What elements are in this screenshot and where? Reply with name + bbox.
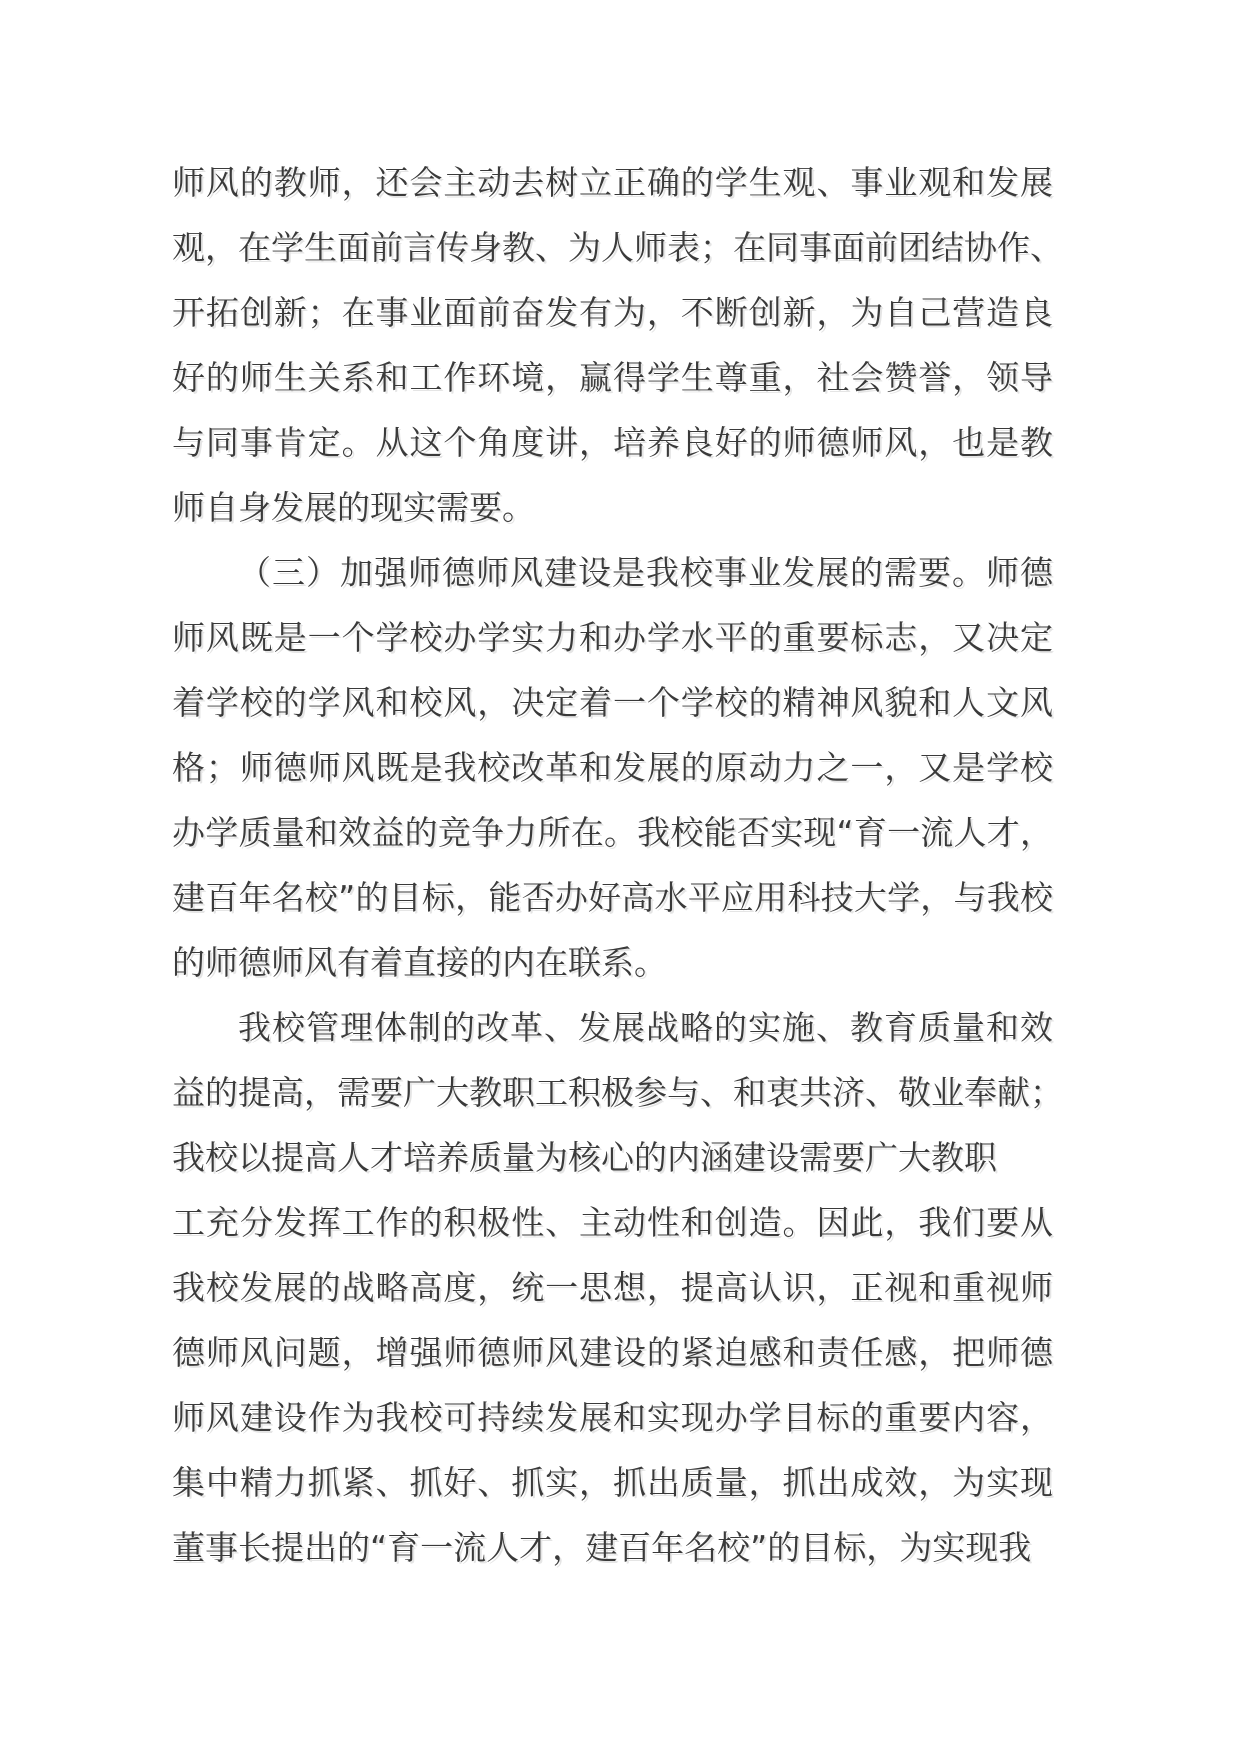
text-line: 我校管理体制的改革、发展战略的实施、教育质量和效 (172, 995, 1053, 1060)
text-line: 的师德师风有着直接的内在联系。 (172, 930, 1053, 995)
text-line: （三）加强师德师风建设是我校事业发展的需要。师德 (172, 540, 1053, 605)
text-line: 我校发展的战略高度，统一思想，提高认识，正视和重视师 (172, 1255, 1053, 1320)
paragraph-section-three: （三）加强师德师风建设是我校事业发展的需要。师德 师风既是一个学校办学实力和办学… (172, 540, 1053, 995)
paragraph-school-reform: 我校管理体制的改革、发展战略的实施、教育质量和效 益的提高，需要广大教职工积极参… (172, 995, 1053, 1580)
text-line: 观，在学生面前言传身教、为人师表；在同事面前团结协作、 (172, 215, 1053, 280)
text-line: 工充分发挥工作的积极性、主动性和创造。因此，我们要从 (172, 1190, 1053, 1255)
text-line: 办学质量和效益的竞争力所在。我校能否实现“育一流人才， (172, 800, 1053, 865)
text-line: 益的提高，需要广大教职工积极参与、和衷共济、敬业奉献； (172, 1060, 1053, 1125)
text-line: 集中精力抓紧、抓好、抓实，抓出质量，抓出成效，为实现 (172, 1450, 1053, 1515)
text-line: 好的师生关系和工作环境，赢得学生尊重，社会赞誉，领导 (172, 345, 1053, 410)
paragraph-continuation: 师风的教师，还会主动去树立正确的学生观、事业观和发展 观，在学生面前言传身教、为… (172, 150, 1053, 540)
text-line: 与同事肯定。从这个角度讲，培养良好的师德师风，也是教 (172, 410, 1053, 475)
text-line: 我校以提高人才培养质量为核心的内涵建设需要广大教职 (172, 1125, 1053, 1190)
text-line: 德师风问题，增强师德师风建设的紧迫感和责任感，把师德 (172, 1320, 1053, 1385)
document-page: 师风的教师，还会主动去树立正确的学生观、事业观和发展 观，在学生面前言传身教、为… (172, 150, 1053, 1580)
text-line: 师自身发展的现实需要。 (172, 475, 1053, 540)
text-line: 董事长提出的“育一流人才，建百年名校”的目标，为实现我 (172, 1515, 1053, 1580)
text-line: 建百年名校”的目标，能否办好高水平应用科技大学，与我校 (172, 865, 1053, 930)
text-line: 格；师德师风既是我校改革和发展的原动力之一，又是学校 (172, 735, 1053, 800)
text-line: 师风建设作为我校可持续发展和实现办学目标的重要内容， (172, 1385, 1053, 1450)
text-line: 师风的教师，还会主动去树立正确的学生观、事业观和发展 (172, 150, 1053, 215)
text-line: 着学校的学风和校风，决定着一个学校的精神风貌和人文风 (172, 670, 1053, 735)
text-line: 开拓创新；在事业面前奋发有为，不断创新，为自己营造良 (172, 280, 1053, 345)
text-line: 师风既是一个学校办学实力和办学水平的重要标志，又决定 (172, 605, 1053, 670)
